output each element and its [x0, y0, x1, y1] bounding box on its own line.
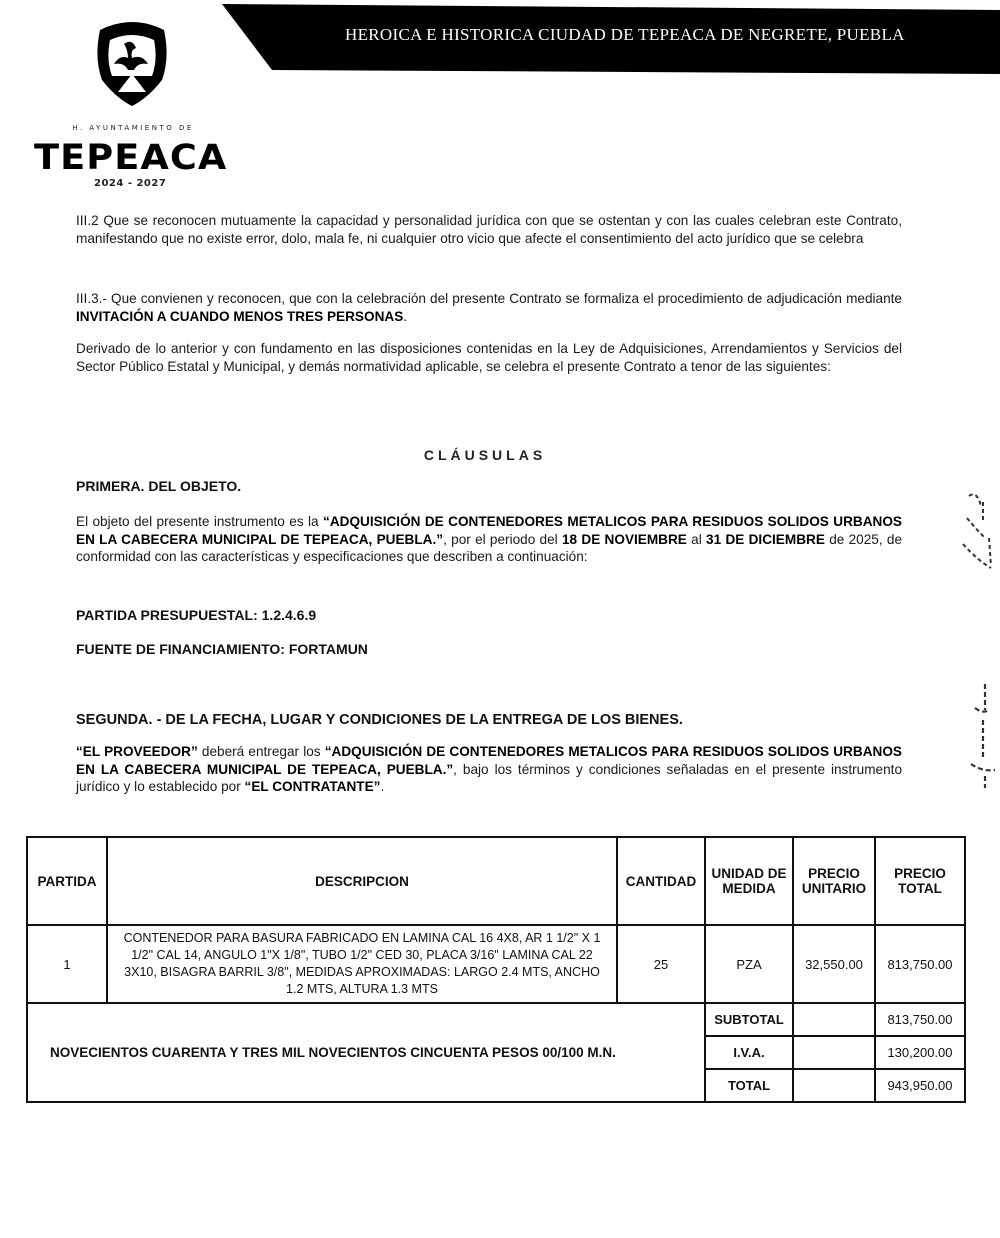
logo-subtitle: H. AYUNTAMIENTO DE [58, 124, 208, 132]
signature-initials-2-icon [955, 680, 1000, 790]
cell-precio-total: 813,750.00 [875, 925, 965, 1003]
logo-name: TEPEACA [34, 138, 227, 178]
signature-initials-1-icon [955, 488, 1000, 578]
items-table: PARTIDA DESCRIPCION CANTIDAD UNIDAD DE M… [26, 836, 966, 1103]
total-value: 943,950.00 [875, 1069, 965, 1102]
iva-blank [793, 1036, 875, 1069]
partida-presupuestal: PARTIDA PRESUPUESTAL: 1.2.4.6.9 [76, 607, 316, 623]
fuente-financiamiento: FUENTE DE FINANCIAMIENTO: FORTAMUN [76, 641, 368, 657]
text: El objeto del presente instrumento es la [76, 514, 323, 529]
period-end: 31 DE DICIEMBRE [706, 532, 825, 547]
municipal-shield-icon [90, 18, 174, 106]
cell-cantidad: 25 [617, 925, 705, 1003]
table-header-row: PARTIDA DESCRIPCION CANTIDAD UNIDAD DE M… [27, 837, 965, 925]
iva-value: 130,200.00 [875, 1036, 965, 1069]
table-row: 1 CONTENEDOR PARA BASURA FABRICADO EN LA… [27, 925, 965, 1003]
logo-years: 2024 - 2027 [94, 178, 166, 189]
declaration-text: III.3.- Que convienen y reconocen, que c… [76, 291, 902, 306]
cell-descripcion: CONTENEDOR PARA BASURA FABRICADO EN LAMI… [107, 925, 617, 1003]
banner-title: HEROICA E HISTORICA CIUDAD DE TEPEACA DE… [345, 25, 905, 45]
text: al [687, 532, 706, 547]
declaration-end: . [403, 309, 407, 324]
declaration-iii-3: III.3.- Que convienen y reconocen, que c… [76, 290, 902, 325]
declaration-iii-2: III.2 Que se reconocen mutuamente la cap… [76, 212, 902, 247]
col-partida: PARTIDA [27, 837, 107, 925]
cell-unidad: PZA [705, 925, 793, 1003]
total-blank [793, 1069, 875, 1102]
derivado-paragraph: Derivado de lo anterior y con fundamento… [76, 340, 902, 375]
cell-partida: 1 [27, 925, 107, 1003]
cell-precio-unitario: 32,550.00 [793, 925, 875, 1003]
total-label: TOTAL [705, 1069, 793, 1102]
primera-heading: PRIMERA. DEL OBJETO. [76, 478, 241, 494]
party-contratante: “EL CONTRATANTE” [245, 779, 381, 794]
procedure-type: INVITACIÓN A CUANDO MENOS TRES PERSONAS [76, 309, 403, 324]
col-unidad: UNIDAD DE MEDIDA [705, 837, 793, 925]
subtotal-blank [793, 1003, 875, 1036]
summary-row-subtotal: NOVECIENTOS CUARENTA Y TRES MIL NOVECIEN… [27, 1003, 965, 1036]
text: deberá entregar los [198, 744, 325, 759]
text: , por el periodo del [443, 532, 562, 547]
col-descripcion: DESCRIPCION [107, 837, 617, 925]
segunda-heading: SEGUNDA. - DE LA FECHA, LUGAR Y CONDICIO… [76, 712, 683, 728]
subtotal-label: SUBTOTAL [705, 1003, 793, 1036]
segunda-paragraph: “EL PROVEEDOR” deberá entregar los “ADQU… [76, 743, 902, 796]
col-cantidad: CANTIDAD [617, 837, 705, 925]
text: . [380, 779, 384, 794]
period-start: 18 DE NOVIEMBRE [562, 532, 687, 547]
party-proveedor: “EL PROVEEDOR” [76, 744, 198, 759]
iva-label: I.V.A. [705, 1036, 793, 1069]
primera-object-paragraph: El objeto del presente instrumento es la… [76, 513, 902, 566]
col-precio-total: PRECIO TOTAL [875, 837, 965, 925]
subtotal-value: 813,750.00 [875, 1003, 965, 1036]
amount-in-words: NOVECIENTOS CUARENTA Y TRES MIL NOVECIEN… [27, 1003, 705, 1102]
col-precio-unitario: PRECIO UNITARIO [793, 837, 875, 925]
clausulas-title: CLÁUSULAS [0, 447, 970, 463]
